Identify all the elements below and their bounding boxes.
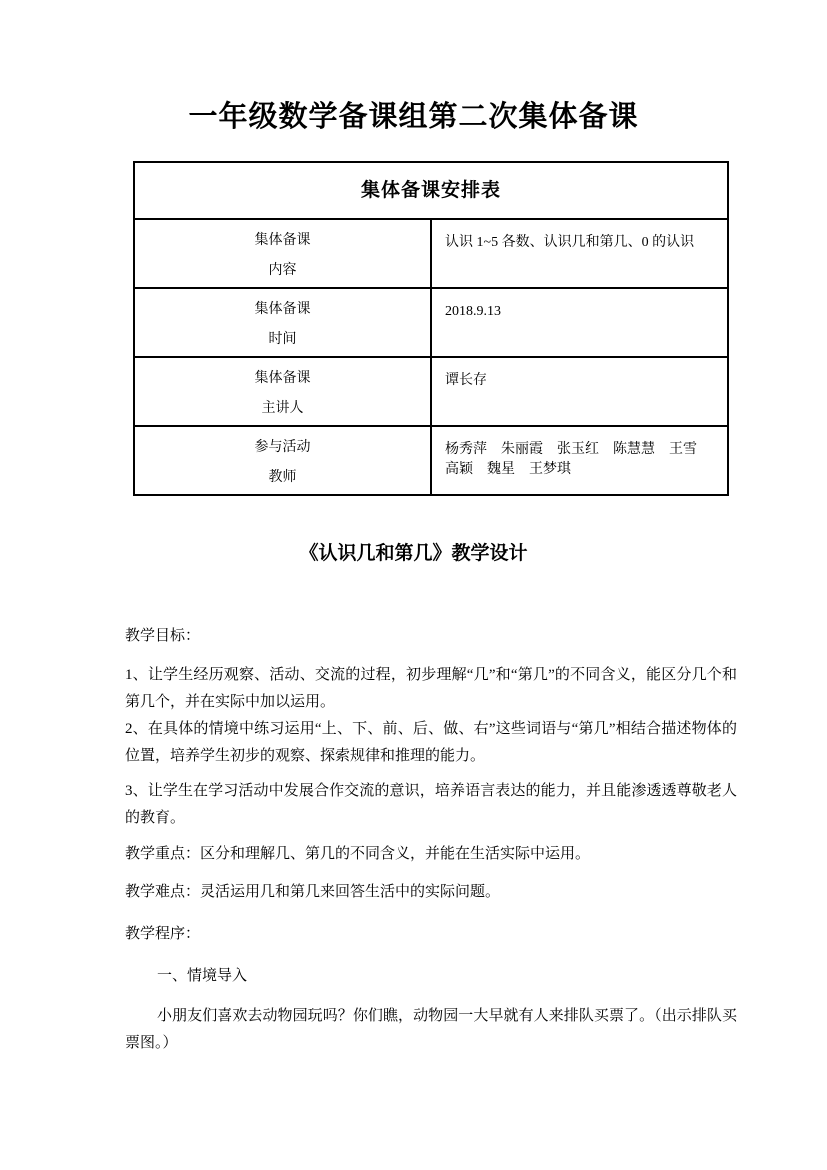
row-label-speaker: 集体备课 主讲人: [134, 357, 431, 426]
document-page: 一年级数学备课组第二次集体备课 集体备课安排表 集体备课 内容 认识 1~5 各…: [0, 0, 827, 1170]
objective-2: 2、在具体的情境中练习运用“上、下、前、后、做、右”这些词语与“第几”相结合描述…: [125, 716, 737, 770]
schedule-table: 集体备课安排表 集体备课 内容 认识 1~5 各数、认识几和第几、0 的认识 集…: [133, 161, 729, 496]
row-label-time: 集体备课 时间: [134, 288, 431, 357]
row-label-line: 集体备课: [136, 226, 429, 256]
row-label-line: 内容: [136, 256, 429, 286]
row-label-teachers: 参与活动 教师: [134, 426, 431, 495]
procedure-label: 教学程序：: [125, 921, 737, 948]
objectives-label: 教学目标：: [125, 623, 737, 650]
row-label-line: 主讲人: [136, 394, 429, 424]
table-row: 集体备课 时间 2018.9.13: [134, 288, 728, 357]
row-label-line: 集体备课: [136, 295, 429, 325]
section1-title: 一、情境导入: [125, 963, 737, 990]
table-row: 集体备课 内容 认识 1~5 各数、认识几和第几、0 的认识: [134, 219, 728, 288]
table-row: 集体备课 主讲人 谭长存: [134, 357, 728, 426]
table-caption-row: 集体备课安排表: [134, 162, 728, 219]
document-title: 一年级数学备课组第二次集体备课: [0, 0, 827, 135]
row-label-line: 教师: [136, 463, 429, 493]
objective-3: 3、让学生在学习活动中发展合作交流的意识，培养语言表达的能力，并且能渗透透尊敬老…: [125, 778, 737, 832]
row-value-teachers: 杨秀萍 朱丽霞 张玉红 陈慧慧 王雪 高颖 魏星 王梦琪: [431, 426, 728, 495]
lesson-plan-heading: 《认识几和第几》教学设计: [0, 542, 827, 566]
row-value-speaker: 谭长存: [431, 357, 728, 426]
row-label-line: 参与活动: [136, 433, 429, 463]
table-row: 参与活动 教师 杨秀萍 朱丽霞 张玉红 陈慧慧 王雪 高颖 魏星 王梦琪: [134, 426, 728, 495]
key-point: 教学重点：区分和理解几、第几的不同含义，并能在生活实际中运用。: [125, 841, 737, 868]
row-label-line: 集体备课: [136, 364, 429, 394]
row-label-line: 时间: [136, 325, 429, 355]
lesson-plan-body: 教学目标： 1、让学生经历观察、活动、交流的过程，初步理解“几”和“第几”的不同…: [125, 623, 737, 1057]
row-value-time: 2018.9.13: [431, 288, 728, 357]
objective-1: 1、让学生经历观察、活动、交流的过程，初步理解“几”和“第几”的不同含义，能区分…: [125, 662, 737, 716]
difficulty: 教学难点：灵活运用几和第几来回答生活中的实际问题。: [125, 879, 737, 906]
section1-text: 小朋友们喜欢去动物园玩吗？你们瞧，动物园一大早就有人来排队买票了。（出示排队买票…: [125, 1003, 737, 1057]
table-caption: 集体备课安排表: [134, 162, 728, 219]
row-value-content: 认识 1~5 各数、认识几和第几、0 的认识: [431, 219, 728, 288]
row-label-content: 集体备课 内容: [134, 219, 431, 288]
